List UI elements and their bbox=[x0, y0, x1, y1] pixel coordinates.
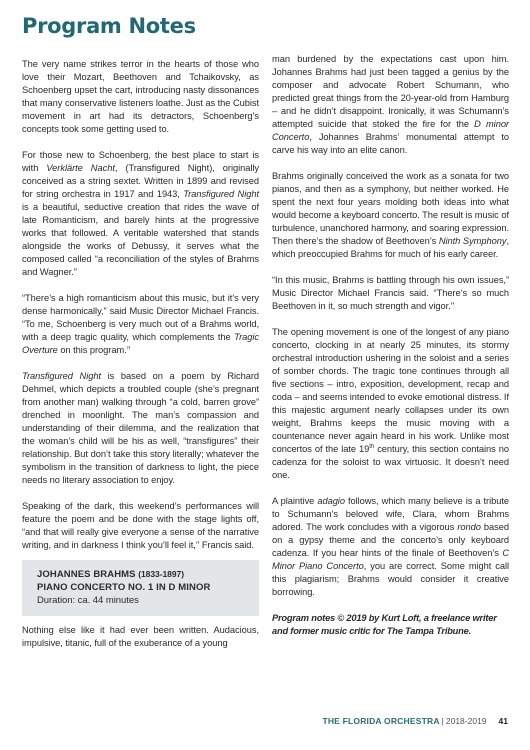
page-footer: THE FLORIDA ORCHESTRA | 2018-2019 41 bbox=[322, 716, 508, 726]
paragraph-opening-movement: The opening movement is one of the longe… bbox=[272, 326, 509, 482]
footer-season: 2018-2019 bbox=[446, 716, 487, 726]
tempo-italic: adagio bbox=[317, 496, 345, 506]
left-column: The very name strikes terror in the hear… bbox=[22, 58, 259, 650]
paragraph-francis-quote-brahms: “In this music, Brahms is battling throu… bbox=[272, 274, 509, 313]
author-credit: Program notes © 2019 by Kurt Loft, a fre… bbox=[272, 612, 509, 638]
work-title-italic: Transfigured Night bbox=[22, 371, 101, 381]
work-title-italic: Verklärte Nacht bbox=[46, 163, 114, 173]
text-run: is based on a poem by Richard Dehmel, wh… bbox=[22, 371, 259, 485]
paragraph-dehmel-poem: Transfigured Night is based on a poem by… bbox=[22, 370, 259, 487]
paragraph-francis-quote: “There’s a high romanticism about this m… bbox=[22, 292, 259, 357]
text-run: is a beautiful, seductive creation that … bbox=[22, 202, 259, 277]
composer-line: JOHANNES BRAHMS (1833-1897) bbox=[37, 568, 245, 581]
text-run: Brahms originally conceived the work as … bbox=[272, 171, 509, 246]
text-run: on this program.’’ bbox=[58, 345, 131, 355]
composer-dates: (1833-1897) bbox=[138, 569, 184, 579]
paragraph-verklarte-nacht: For those new to Schoenberg, the best pl… bbox=[22, 149, 259, 279]
page-number: 41 bbox=[499, 716, 508, 726]
footer-separator: | bbox=[442, 716, 444, 726]
work-info-box: JOHANNES BRAHMS (1833-1897) PIANO CONCER… bbox=[22, 560, 259, 616]
text-run: A plaintive bbox=[272, 496, 317, 506]
paragraph-brahms-intro: Nothing else like it had ever been writt… bbox=[22, 624, 259, 650]
tempo-italic: rondo bbox=[457, 522, 481, 532]
text-run: “There’s a high romanticism about this m… bbox=[22, 293, 259, 342]
work-title: PIANO CONCERTO NO. 1 IN D MINOR bbox=[37, 581, 245, 594]
footer-organization: THE FLORIDA ORCHESTRA bbox=[322, 716, 439, 726]
paragraph-stage-lights: Speaking of the dark, this weekend’s per… bbox=[22, 500, 259, 552]
paragraph-schoenberg-intro: The very name strikes terror in the hear… bbox=[22, 58, 259, 136]
right-column: man burdened by the expectations cast up… bbox=[272, 53, 509, 638]
paragraph-adagio-rondo: A plaintive adagio follows, which many b… bbox=[272, 495, 509, 599]
page-title: Program Notes bbox=[22, 14, 196, 38]
work-duration: Duration: ca. 44 minutes bbox=[37, 594, 245, 607]
paragraph-sonata-origin: Brahms originally conceived the work as … bbox=[272, 170, 509, 261]
text-run: The opening movement is one of the longe… bbox=[272, 327, 509, 454]
composer-name: JOHANNES BRAHMS bbox=[37, 569, 136, 580]
paragraph-brahms-schumann: man burdened by the expectations cast up… bbox=[272, 53, 509, 157]
text-run: man burdened by the expectations cast up… bbox=[272, 54, 509, 129]
work-title-italic: Transfigured Night bbox=[183, 189, 259, 199]
work-title-italic: Ninth Symphony bbox=[439, 236, 507, 246]
